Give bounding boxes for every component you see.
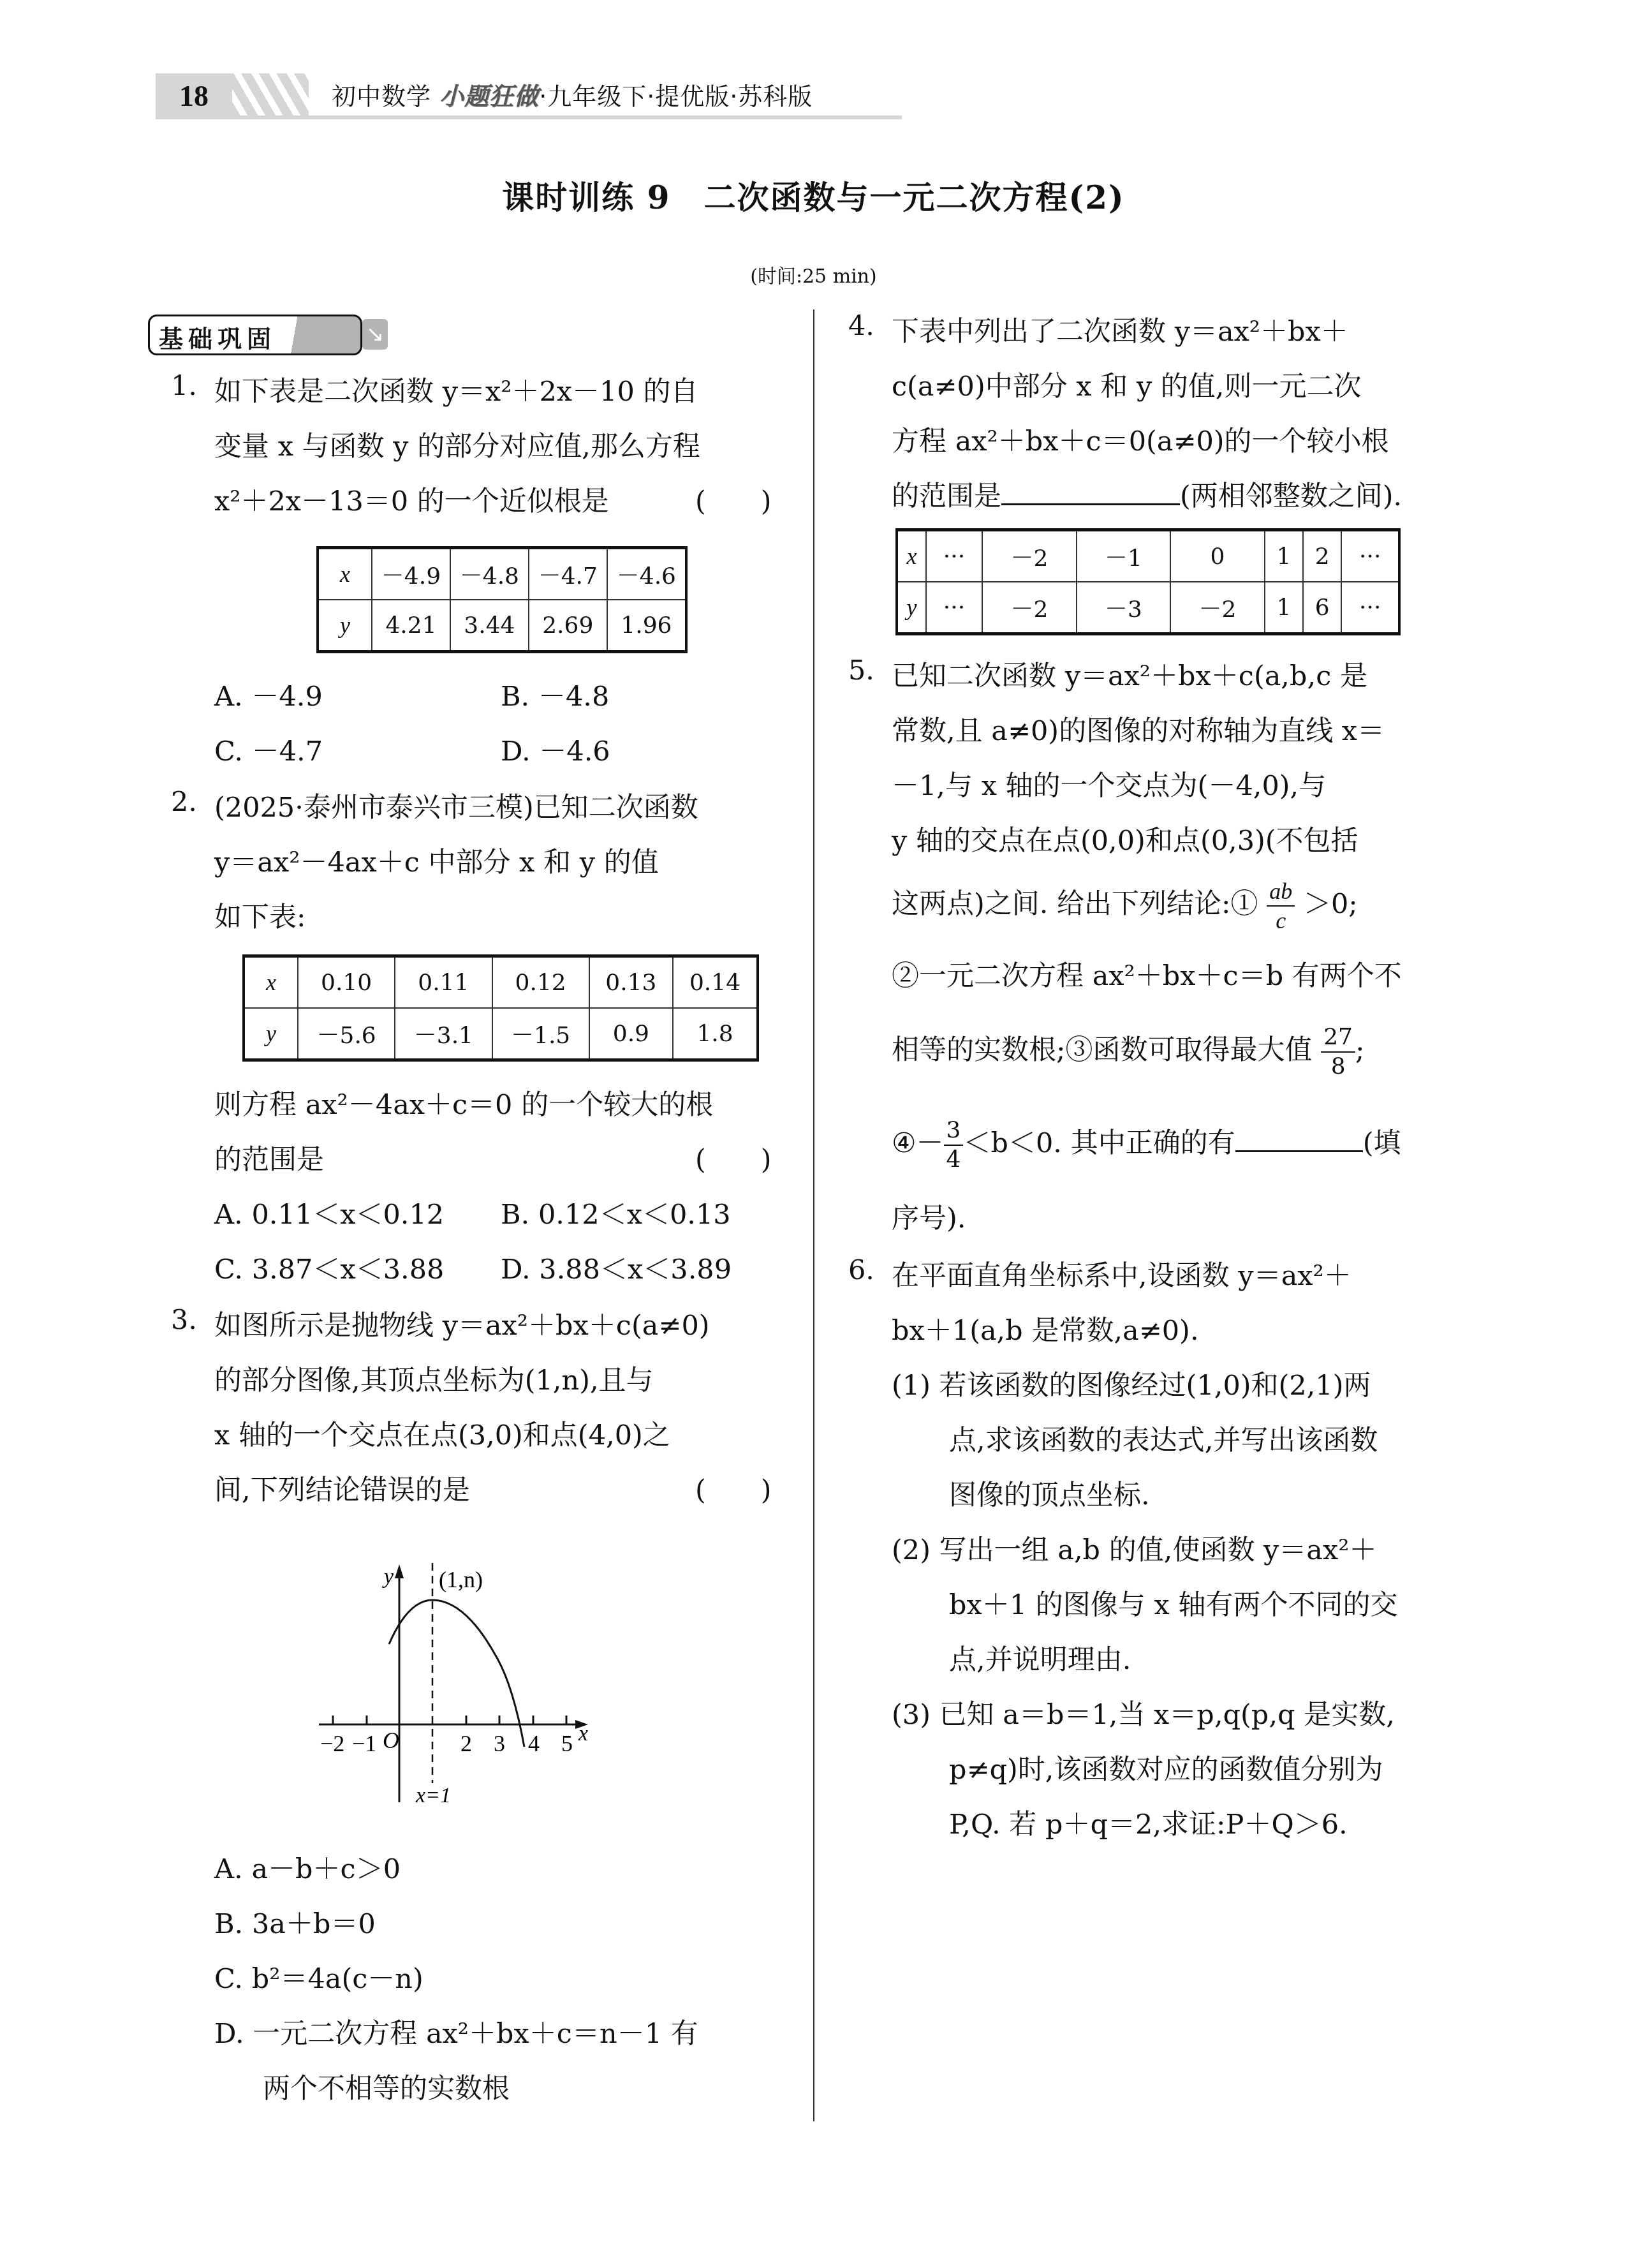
header-stripes [232,73,309,119]
q4-line-1: 下表中列出了二次函数 y＝ax²＋bx＋ [892,310,1348,349]
table-row: x －4.9 －4.8 －4.7 －4.6 [318,548,686,600]
table-cell: ··· [926,530,982,582]
q6-part2-line-2: bx＋1 的图像与 x 轴有两个不同的交 [949,1583,1397,1622]
table-cell: 3.44 [450,600,529,652]
fraction-ab-over-c: abc [1267,877,1295,935]
q2-after-line-1: 则方程 ax²－4ax＋c＝0 的一个较大的根 [214,1083,713,1122]
table-cell: －4.7 [529,548,607,600]
q1-table: x －4.9 －4.8 －4.7 －4.6 y 4.21 3.44 2.69 1… [316,546,688,653]
y-axis-arrow-icon [395,1564,404,1578]
q4-table: x ··· －2 －1 0 1 2 ··· y ··· －2 －3 －2 1 6… [895,528,1401,635]
book-details: ·九年级下·提优版·苏科版 [539,82,813,110]
table-cell: －2 [1170,582,1265,634]
q3-line-3: x 轴的一个交点在点(3,0)和点(4,0)之 [214,1414,670,1453]
fraction-3-over-4: 34 [944,1116,964,1174]
q6-part2-line-1: (2) 写出一组 a,b 的值,使函数 y＝ax²＋ [892,1529,1377,1568]
fraction-denominator: 4 [944,1146,964,1174]
q6-part3-line-2: p≠q)时,该函数对应的函数值分别为 [949,1748,1383,1787]
symmetry-axis-label: x=1 [415,1784,451,1807]
q3-line-1: 如图所示是抛物线 y＝ax²＋bx＋c(a≠0) [214,1304,710,1343]
table-row: x 0.10 0.11 0.12 0.13 0.14 [244,956,758,1009]
table-cell: 6 [1303,582,1341,634]
table-cell: 0.11 [395,956,492,1009]
arrow-down-right-icon: ↘ [362,319,388,350]
q5-line-6: ②一元二次方程 ax²＋bx＋c＝b 有两个不 [892,954,1402,993]
x-tick-label: 4 [528,1731,540,1756]
q6-line-1: 在平面直角坐标系中,设函数 y＝ax²＋ [892,1254,1351,1293]
table-cell: 1.96 [607,600,686,652]
x-tick-label: 3 [494,1731,505,1756]
table-cell: 0.9 [589,1008,673,1060]
q1-number: 1. [171,370,197,402]
column-divider [813,309,814,2121]
section-label: 基础巩固 [159,319,276,354]
table-cell: 4.21 [372,600,450,652]
q5-line-7-post: ; [1355,1034,1365,1066]
row-label-y: y [340,612,350,638]
table-cell: －3.1 [395,1008,492,1060]
table-cell: ··· [1341,530,1399,582]
table-cell: ··· [926,582,982,634]
q6-part1-line-2: 点,求该函数的表达式,并写出该函数 [949,1419,1378,1458]
table-cell: －5.6 [298,1008,395,1060]
q5-line-2: 常数,且 a≠0)的图像的对称轴为直线 x＝ [892,709,1385,748]
fraction-27-over-8: 278 [1321,1023,1355,1081]
x-tick-label: −2 [320,1731,344,1756]
q6-part1-line-1: (1) 若该函数的图像经过(1,0)和(2,1)两 [892,1364,1371,1403]
x-ticks [333,1716,566,1724]
q2-table: x 0.10 0.11 0.12 0.13 0.14 y －5.6 －3.1 －… [242,954,759,1062]
q4-number: 4. [848,310,874,342]
origin-label: O [383,1728,399,1753]
q6-number: 6. [848,1254,874,1286]
x-axis-label: x [578,1722,588,1745]
q5-line-5: 这两点)之间. 给出下列结论:① abc ＞0; [892,877,1358,935]
fraction-denominator: c [1267,907,1295,935]
q2-answer-paren: ( ) [695,1138,772,1177]
q3-option-c: C. b²＝4a(c－n) [214,1957,423,1996]
table-cell: 0.14 [673,956,758,1009]
table-cell: －2 [982,582,1077,634]
table-cell: －1.5 [492,1008,589,1060]
q5-line-7-pre: 相等的实数根;③函数可取得最大值 [892,1034,1313,1066]
q4-line-4-text: 的范围是 [892,480,1001,512]
table-cell: －4.8 [450,548,529,600]
table-cell: 0.13 [589,956,673,1009]
q3-option-b: B. 3a＋b＝0 [214,1902,376,1941]
table-cell: 1 [1265,530,1303,582]
q1-option-b: B. －4.8 [501,675,609,714]
q2-line-1: (2025·泰州市泰兴市三模)已知二次函数 [214,786,698,825]
q1-line-3: x²＋2x－13＝0 的一个近似根是 [214,480,609,519]
q2-option-a: A. 0.11＜x＜0.12 [214,1193,444,1232]
q4-answer-blank[interactable] [1001,503,1180,505]
q3-line-2: 的部分图像,其顶点坐标为(1,n),且与 [214,1359,654,1398]
table-cell: 1.8 [673,1008,758,1060]
fraction-numerator: ab [1267,877,1295,907]
table-cell: －2 [982,530,1077,582]
q2-number: 2. [171,786,197,818]
book-brand: 小题狂做 [439,82,539,110]
q6-part3-line-3: P,Q. 若 p＋q＝2,求证:P＋Q＞6. [949,1803,1348,1842]
q5-line-5-post: ＞0; [1304,888,1358,920]
row-label-x: x [266,970,276,995]
q6-part1-line-3: 图像的顶点坐标. [949,1474,1150,1513]
q1-line-1: 如下表是二次函数 y＝x²＋2x－10 的自 [214,370,698,409]
q3-option-d-line-1: D. 一元二次方程 ax²＋bx＋c＝n－1 有 [214,2012,698,2051]
table-cell: －3 [1077,582,1171,634]
row-label-y: y [266,1021,276,1046]
row-label-y: y [907,595,917,620]
fraction-numerator: 3 [944,1116,964,1146]
table-cell: 0 [1170,530,1265,582]
table-cell: －4.9 [372,548,450,600]
q5-answer-blank[interactable] [1235,1150,1363,1152]
q1-option-c: C. －4.7 [214,730,323,769]
q5-line-4: y 轴的交点在点(0,0)和点(0,3)(不包括 [892,819,1358,858]
q3-option-a: A. a－b＋c＞0 [214,1848,401,1886]
q5-number: 5. [848,655,874,686]
q5-line-8-pre: ④－ [892,1127,944,1159]
q2-option-c: C. 3.87＜x＜3.88 [214,1248,444,1287]
fraction-denominator: 8 [1321,1053,1355,1081]
q5-line-8-mid: ＜b＜0. 其中正确的有 [963,1127,1235,1159]
q6-line-2: bx＋1(a,b 是常数,a≠0). [892,1309,1199,1348]
y-axis-label: y [382,1565,394,1589]
section-badge: 基础巩固 [148,315,362,355]
x-tick-label: 5 [561,1731,573,1756]
q4-line-2: c(a≠0)中部分 x 和 y 的值,则一元二次 [892,365,1362,404]
x-tick-label: −1 [352,1731,376,1756]
q1-option-d: D. －4.6 [501,730,610,769]
row-label-x: x [907,544,917,569]
book-subject: 初中数学 [332,82,431,110]
q5-line-5-pre: 这两点)之间. 给出下列结论:① [892,888,1258,920]
table-cell: 2.69 [529,600,607,652]
page-number: 18 [156,75,232,117]
table-cell: －4.6 [607,548,686,600]
q5-line-1: 已知二次函数 y＝ax²＋bx＋c(a,b,c 是 [892,655,1367,693]
q5-line-9: 序号). [892,1197,966,1236]
q3-line-4: 间,下列结论错误的是 [214,1469,470,1508]
q1-option-a: A. －4.9 [214,675,323,714]
table-cell: 2 [1303,530,1341,582]
table-row: y 4.21 3.44 2.69 1.96 [318,600,686,652]
q2-line-3: 如下表: [214,896,306,935]
q5-line-3: －1,与 x 轴的一个交点为(－4,0),与 [892,764,1326,803]
q6-part3-line-1: (3) 已知 a＝b＝1,当 x＝p,q(p,q 是实数, [892,1693,1395,1732]
q3-parabola-figure: y x O −2 −1 2 3 4 5 (1,n) x=1 [306,1531,753,1825]
table-cell: 0.10 [298,956,395,1009]
q5-line-8: ④－34＜b＜0. 其中正确的有(填 [892,1116,1401,1174]
q2-after-line-2: 的范围是 [214,1138,324,1177]
fraction-numerator: 27 [1321,1023,1355,1053]
q3-number: 3. [171,1304,197,1336]
x-tick-label: 2 [460,1731,472,1756]
q1-line-2: 变量 x 与函数 y 的部分对应值,那么方程 [214,425,700,464]
lesson-title: 课时训练 9 二次函数与一元二次方程(2) [0,172,1627,218]
time-note: (时间:25 min) [0,260,1627,288]
table-cell: 0.12 [492,956,589,1009]
q3-option-d-line-2: 两个不相等的实数根 [263,2067,510,2106]
q2-line-2: y＝ax²－4ax＋c 中部分 x 和 y 的值 [214,841,659,880]
table-cell: 1 [1265,582,1303,634]
q4-line-4: 的范围是(两相邻整数之间). [892,475,1402,514]
q2-option-d: D. 3.88＜x＜3.89 [501,1248,732,1287]
table-row: x ··· －2 －1 0 1 2 ··· [897,530,1399,582]
book-title: 初中数学 小题狂做·九年级下·提优版·苏科版 [332,75,813,117]
q5-line-8-post: (填 [1363,1127,1401,1159]
q2-option-b: B. 0.12＜x＜0.13 [501,1193,731,1232]
row-label-x: x [340,561,350,587]
table-row: y －5.6 －3.1 －1.5 0.9 1.8 [244,1008,758,1060]
q1-answer-paren: ( ) [695,480,772,519]
table-row: y ··· －2 －3 －2 1 6 ··· [897,582,1399,634]
vertex-label: (1,n) [439,1567,483,1592]
q4-tail: (两相邻整数之间). [1180,480,1402,512]
q5-line-7: 相等的实数根;③函数可取得最大值 278; [892,1023,1364,1081]
table-cell: ··· [1341,582,1399,634]
q6-part2-line-3: 点,并说明理由. [949,1638,1131,1677]
q4-line-3: 方程 ax²＋bx＋c＝0(a≠0)的一个较小根 [892,420,1389,459]
q3-answer-paren: ( ) [695,1469,772,1508]
table-cell: －1 [1077,530,1171,582]
